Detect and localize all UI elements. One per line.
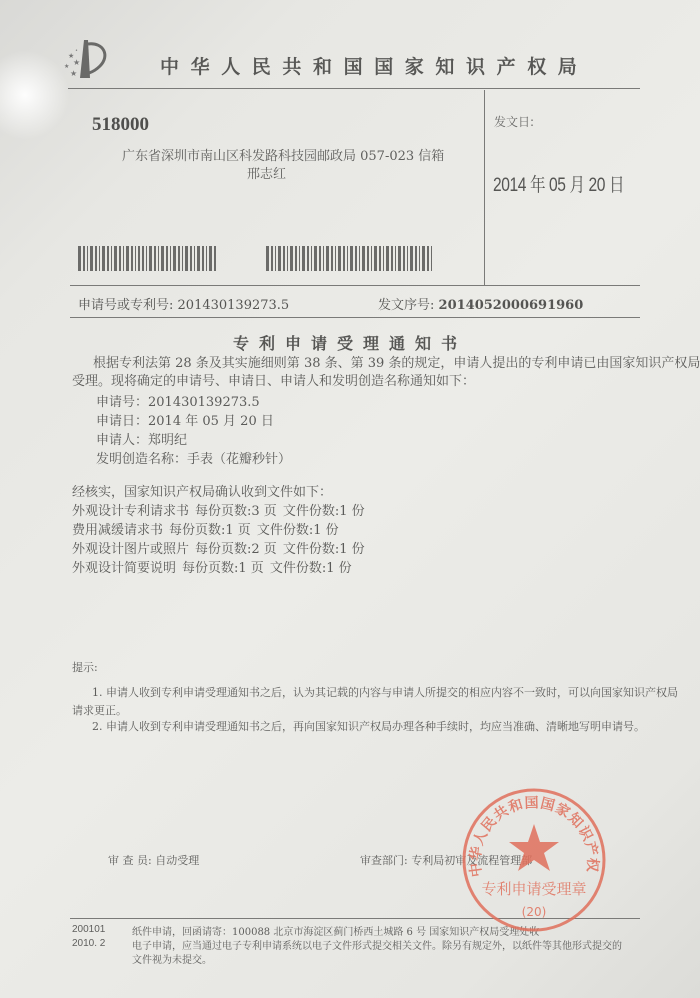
seal-ring-text: 中华人民共和国国家知识产权局 (460, 786, 601, 878)
document-name: 外观设计专利请求书 (72, 504, 189, 519)
application-number-value: 201430139273.5 (178, 298, 290, 313)
notice-field-value: 郑明纪 (148, 433, 187, 448)
footer-electronic-submission-cont: 文件视为未提交。 (132, 951, 212, 966)
document-pages-per-copy: 每份页数:2 页 (195, 542, 277, 557)
notice-field-label: 申请人： (96, 433, 148, 448)
serial-number-label: 发文序号: (378, 298, 434, 313)
agency-name: 中华人民共和国国家知识产权局 (160, 52, 588, 79)
header-divider (68, 88, 640, 89)
seal-center-text: 专利申请受理章 (481, 880, 586, 898)
dispatch-date-label: 发文日: (494, 113, 534, 130)
examiner-label: 审 查 员: (108, 854, 152, 867)
recipient-name: 邢志红 (247, 163, 286, 182)
svg-text:★: ★ (70, 69, 77, 78)
tip-2: 2. 申请人收到专利申请受理通知书之后，再向国家知识产权局办理各种手续时，均应当… (92, 718, 645, 734)
examiner-value: 自动受理 (155, 854, 199, 867)
footer-electronic-submission: 电子申请，应当通过电子专利申请系统以电子文件形式提交相关文件。除另有规定外，以纸… (132, 937, 622, 952)
serial-number-value: 2014052000691960 (439, 298, 584, 313)
document-name: 外观设计简要说明 (72, 561, 176, 576)
document-pages-per-copy: 每份页数:1 页 (182, 561, 264, 576)
document-name: 费用减缓请求书 (72, 523, 163, 538)
tip-1-line-2: 请求更正。 (72, 702, 127, 718)
seal-number: (20) (522, 905, 547, 919)
notice-field-value: 2014 年 05 月 20 日 (148, 414, 274, 429)
barcode-divider (70, 285, 640, 286)
notice-field-row: 发明创造名称：手表（花瓣秒针） (96, 451, 291, 469)
document-copies: 文件份数:1 份 (283, 542, 365, 557)
received-document-row: 外观设计图片或照片每份页数:2 页文件份数:1 份 (72, 541, 365, 559)
received-documents-intro: 经核实，国家知识产权局确认收到文件如下： (72, 484, 332, 502)
received-document-row: 外观设计专利请求书每份页数:3 页文件份数:1 份 (72, 503, 365, 521)
title-divider (70, 317, 640, 318)
postcode: 518000 (92, 114, 149, 136)
svg-text:中华人民共和国国家知识产权局: 中华人民共和国国家知识产权局 (460, 786, 601, 878)
barcode-application (78, 246, 218, 271)
tips-label: 提示: (72, 659, 98, 675)
notice-field-label: 申请日： (96, 414, 148, 429)
form-code: 200101 (72, 924, 105, 935)
date-column-divider (484, 90, 485, 285)
official-seal-stamp: 中华人民共和国国家知识产权局 专利申请受理章 (20) (460, 786, 608, 934)
notice-field-row: 申请人：郑明纪 (96, 432, 187, 450)
department-label: 审查部门: (360, 854, 408, 867)
received-document-row: 外观设计简要说明每份页数:1 页文件份数:1 份 (72, 560, 352, 578)
received-document-row: 费用减缓请求书每份页数:1 页文件份数:1 份 (72, 522, 339, 540)
notice-field-label: 发明创造名称： (96, 452, 187, 467)
document-pages-per-copy: 每份页数:1 页 (169, 523, 251, 538)
dispatch-date: 2014 年 05 月 20 日 (493, 170, 624, 197)
application-number-label: 申请号或专利号: (78, 298, 173, 313)
barcode-serial (266, 246, 434, 271)
application-number-line: 申请号或专利号: 201430139273.5 (78, 294, 289, 313)
cnipa-logo-icon: ★ ★ ★ ★ • (60, 38, 110, 82)
svg-text:★: ★ (64, 63, 69, 70)
notice-intro-line-1: 根据专利法第 28 条及其实施细则第 38 条、第 39 条的规定，申请人提出的… (93, 355, 700, 373)
svg-text:★: ★ (73, 58, 80, 67)
tip-1-line-1: 1. 申请人收到专利申请受理通知书之后，认为其记载的内容与申请人所提交的相应内容… (92, 684, 678, 700)
notice-intro-line-2: 受理。现将确定的申请号、申请日、申请人和发明创造名称通知如下： (72, 373, 475, 391)
form-version: 2010. 2 (72, 938, 105, 949)
serial-number-line: 发文序号: 2014052000691960 (378, 294, 583, 313)
document-copies: 文件份数:1 份 (270, 561, 352, 576)
seal-star-icon (509, 824, 559, 871)
notice-field-row: 申请日：2014 年 05 月 20 日 (96, 413, 274, 431)
notice-field-label: 申请号： (96, 395, 148, 410)
notice-field-row: 申请号：201430139273.5 (96, 394, 260, 412)
document-name: 外观设计图片或照片 (72, 542, 189, 557)
svg-text:•: • (75, 48, 78, 54)
notice-field-value: 手表（花瓣秒针） (187, 452, 291, 467)
document-copies: 文件份数:1 份 (257, 523, 339, 538)
examiner-line: 审 查 员: 自动受理 (108, 852, 199, 868)
notice-title: 专利申请受理通知书 (0, 331, 700, 354)
recipient-address: 广东省深圳市南山区科发路科技园邮政局 057-023 信箱 (122, 145, 444, 164)
document-copies: 文件份数:1 份 (283, 504, 365, 519)
document-pages-per-copy: 每份页数:3 页 (195, 504, 277, 519)
notice-field-value: 201430139273.5 (148, 395, 260, 410)
